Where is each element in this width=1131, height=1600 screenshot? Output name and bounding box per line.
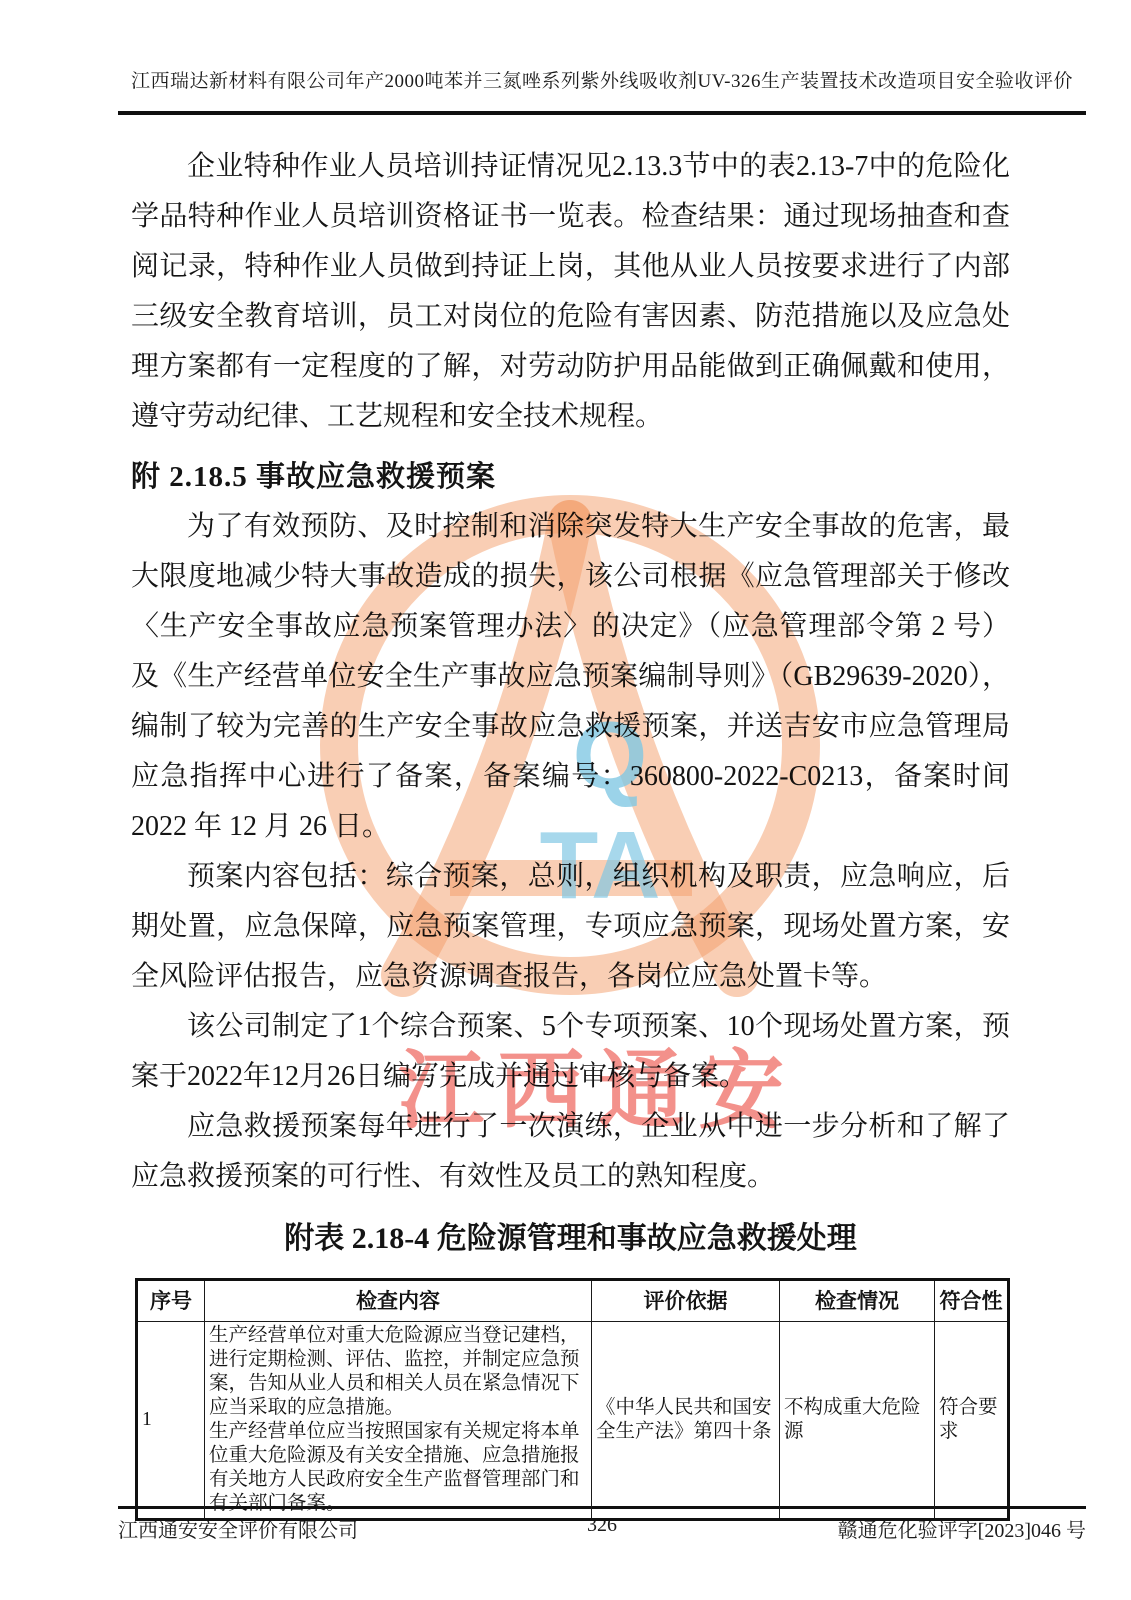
cell-evaluation-basis: 《中华人民共和国安全生产法》第四十条 xyxy=(592,1322,780,1520)
table-header-row: 序号 检查内容 评价依据 检查情况 符合性 xyxy=(137,1280,1009,1322)
check-content-part-1: 生产经营单位对重大危险源应当登记建档，进行定期检测、评估、监控，并制定应急预案，… xyxy=(209,1324,587,1420)
table-row: 1 生产经营单位对重大危险源应当登记建档，进行定期检测、评估、监控，并制定应急预… xyxy=(137,1322,1009,1520)
paragraph-plan-counts: 该公司制定了1个综合预案、5个专项预案、10个现场处置方案，预案于2022年12… xyxy=(131,1002,1010,1102)
cell-conformity: 符合要求 xyxy=(935,1322,1009,1520)
table-title: 附表 2.18-4 危险源管理和事故应急救援处理 xyxy=(131,1216,1010,1262)
page-header-title: 江西瑞达新材料有限公司年产2000吨苯并三氮唑系列紫外线吸收剂UV-326生产装… xyxy=(118,66,1086,93)
cell-check-situation: 不构成重大危险源 xyxy=(780,1322,935,1520)
document-body: 企业特种作业人员培训持证情况见2.13.3节中的表2.13-7中的危险化学品特种… xyxy=(131,142,1010,1521)
header-cell-situation: 检查情况 xyxy=(780,1280,935,1322)
header-cell-no: 序号 xyxy=(137,1280,205,1322)
paragraph-training-certificates: 企业特种作业人员培训持证情况见2.13.3节中的表2.13-7中的危险化学品特种… xyxy=(131,142,1010,442)
section-heading-2-18-5: 附 2.18.5 事故应急救援预案 xyxy=(131,452,1010,502)
header-rule xyxy=(118,111,1086,115)
header-cell-conformity: 符合性 xyxy=(935,1280,1009,1322)
paragraph-emergency-plan-filing: 为了有效预防、及时控制和消除突发特大生产安全事故的危害，最大限度地减少特大事故造… xyxy=(131,502,1010,852)
header-cell-content: 检查内容 xyxy=(205,1280,592,1322)
paragraph-drill: 应急救援预案每年进行了一次演练，企业从中进一步分析和了解了应急救援预案的可行性、… xyxy=(131,1102,1010,1202)
check-content-part-2: 生产经营单位应当按照国家有关规定将本单位重大危险源及有关安全措施、应急措施报有关… xyxy=(209,1420,587,1516)
document-page: 江西瑞达新材料有限公司年产2000吨苯并三氮唑系列紫外线吸收剂UV-326生产装… xyxy=(0,0,1131,1600)
header-cell-basis: 评价依据 xyxy=(592,1280,780,1322)
inspection-table: 序号 检查内容 评价依据 检查情况 符合性 1 生产经营单位对重大危险源应当登记… xyxy=(135,1278,1010,1521)
cell-row-number: 1 xyxy=(137,1322,205,1520)
cell-check-content: 生产经营单位对重大危险源应当登记建档，进行定期检测、评估、监控，并制定应急预案，… xyxy=(205,1322,592,1520)
paragraph-plan-contents: 预案内容包括：综合预案，总则，组织机构及职责，应急响应，后期处置，应急保障，应急… xyxy=(131,852,1010,1002)
